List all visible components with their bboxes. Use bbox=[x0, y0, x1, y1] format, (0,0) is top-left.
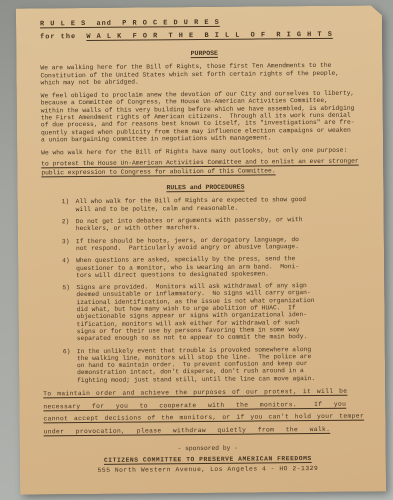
document-title-line2: for the W A L K F O R T H E B I L L O F … bbox=[40, 29, 368, 45]
rules-heading: RULES and PROCEDURES bbox=[41, 183, 369, 193]
rule-item-2: 2) Do not get into debates or arguments … bbox=[62, 216, 370, 233]
document-page: R U L E S and P R O C E D U R E S for th… bbox=[18, 7, 384, 493]
committee-address: 555 North Western Avenue, Los Angeles 4 … bbox=[44, 464, 372, 477]
rules-list: 1) All who walk for the Bill of Rights a… bbox=[62, 196, 372, 384]
purpose-paragraph-1: We are walking here for the Bill of Righ… bbox=[40, 62, 368, 87]
title-prefix: for the bbox=[40, 33, 86, 41]
rule-number: 5) bbox=[62, 284, 77, 342]
rule-item-1: 1) All who walk for the Bill of Rights a… bbox=[62, 196, 370, 213]
rule-number: 6) bbox=[63, 348, 77, 385]
rule-number: 1) bbox=[62, 199, 76, 214]
rule-text: If there should be hoots, jeers, or dero… bbox=[76, 236, 299, 253]
rules-heading-text: RULES and PROCEDURES bbox=[166, 184, 244, 192]
footer: - sponsored by - CITIZENS COMMITTEE TO P… bbox=[44, 443, 372, 477]
document-paper: R U L E S and P R O C E D U R E S for th… bbox=[16, 5, 386, 494]
rule-text: In the unlikely event that trouble is pr… bbox=[77, 346, 315, 385]
protest-statement: to protest the House Un-American Activit… bbox=[41, 156, 369, 178]
rule-text: When questions are asked, specially by t… bbox=[76, 255, 299, 279]
rule-number: 2) bbox=[62, 218, 76, 233]
rule-item-5: 5) Signs are provided. Monitors will ask… bbox=[62, 282, 370, 343]
purpose-paragraph-2: We feel obliged to proclaim anew the dev… bbox=[41, 90, 369, 144]
rule-item-3: 3) If there should be hoots, jeers, or d… bbox=[62, 235, 370, 252]
title-line1-text: R U L E S and P R O C E D U R E S bbox=[40, 19, 220, 29]
committee-name: CITIZENS COMMITTEE TO PRESERVE AMERICAN … bbox=[104, 455, 312, 464]
rule-text: All who walk for the Bill of Rights are … bbox=[76, 197, 307, 214]
rule-item-4: 4) When questions are asked, specially b… bbox=[62, 255, 370, 280]
closing-statement: To maintain order and achieve the purpos… bbox=[43, 386, 371, 439]
rule-text: Do not get into debates or arguments wit… bbox=[76, 216, 303, 233]
purpose-heading-text: PURPOSE bbox=[191, 50, 218, 57]
title-line2-text: W A L K F O R T H E B I L L O F R I G H … bbox=[86, 31, 333, 41]
rule-number: 3) bbox=[62, 238, 76, 253]
purpose-paragraph-3-lead: We who walk here for the Bill of Rights … bbox=[41, 147, 369, 157]
rule-text: Signs are provided. Monitors will ask wi… bbox=[76, 282, 315, 342]
rule-item-6: 6) In the unlikely event that trouble is… bbox=[63, 345, 371, 384]
purpose-heading: PURPOSE bbox=[40, 49, 368, 59]
rule-number: 4) bbox=[62, 257, 76, 279]
